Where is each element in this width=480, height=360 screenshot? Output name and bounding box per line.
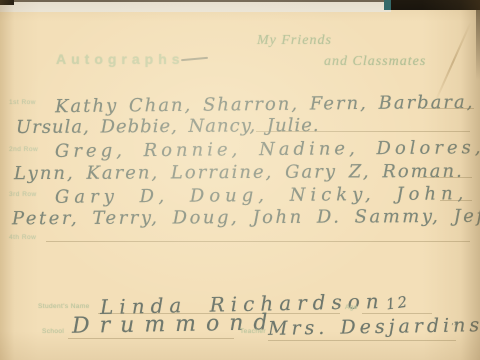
handwriting-row3-line2: Peter, Terry, Doug, John D. Sammy, Jeff. — [12, 206, 480, 230]
subtitle-my-friends: My Friends — [257, 33, 332, 49]
ruled-line-teacher — [268, 340, 456, 341]
age-label: Age — [345, 304, 358, 311]
row-label-4th: 4th Row — [9, 234, 36, 241]
handwriting-row1-line1: Kathy Chan, Sharron, Fern, Barbara, — [55, 92, 475, 117]
scan-background-black — [391, 0, 480, 10]
student-name-label: Student's Name — [38, 303, 90, 310]
pencil-dash-mark — [181, 57, 208, 61]
subtitle-and-classmates: and Classmates — [324, 54, 426, 70]
school-label: School — [42, 328, 64, 335]
teacher-label: Teacher — [240, 328, 266, 335]
handwriting-row2-line1: Greg, Ronnie, Nadine, Dolores, — [55, 137, 480, 162]
stray-pencil-mark: ’’ — [451, 323, 457, 333]
row-label-2nd: 2nd Row — [9, 146, 38, 153]
paper-crease — [434, 21, 472, 102]
age-value: 12 — [385, 292, 410, 313]
scan-corner-black — [0, 0, 14, 5]
row-label-3rd: 3rd Row — [9, 191, 37, 198]
scan-page-edge — [0, 0, 391, 12]
row-label-1st: 1st Row — [9, 99, 36, 106]
teacher-value: Mrs. Desjardins — [268, 314, 480, 340]
scan-right-edge-shadow — [476, 10, 480, 80]
handwriting-row3-line1: Gary D, Doug, Nicky, John, — [55, 183, 469, 208]
autograph-book-page: Autographs My Friends and Classmates 1st… — [0, 0, 480, 360]
page-title: Autographs — [56, 51, 185, 67]
handwriting-row1-line2: Ursula, Debbie, Nancy, Julie. — [16, 115, 320, 138]
handwriting-row2-line2: Lynn, Karen, Lorraine, Gary Z, Roman. — [14, 161, 464, 184]
ruled-line-4th-row — [46, 241, 470, 242]
